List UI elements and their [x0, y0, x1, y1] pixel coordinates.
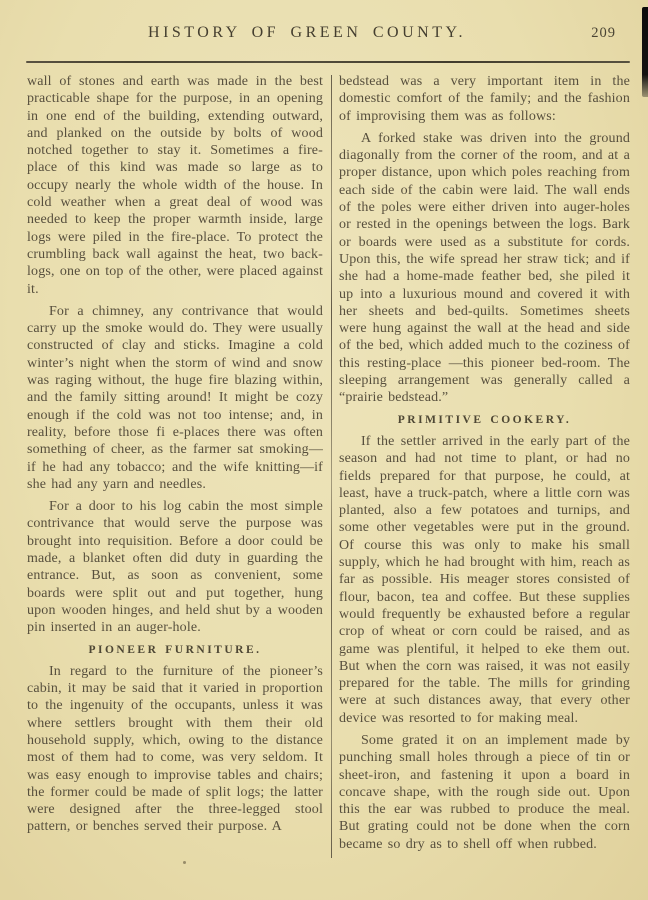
paragraph: In regard to the furniture of the pionee…: [27, 663, 323, 836]
section-heading-pioneer-furniture: PIONEER FURNITURE.: [27, 642, 323, 659]
page-header: HISTORY OF GREEN COUNTY. 209: [26, 24, 628, 48]
paragraph: For a chimney, any contrivance that woul…: [27, 303, 323, 493]
column-divider: [331, 75, 332, 858]
text-columns: wall of stones and earth was made in the…: [27, 73, 630, 858]
paragraph: For a door to his log cabin the most sim…: [27, 498, 323, 636]
section-heading-primitive-cookery: PRIMITIVE COOKERY.: [339, 412, 630, 429]
paragraph: If the settler arrived in the early part…: [339, 433, 630, 727]
left-column: wall of stones and earth was made in the…: [27, 73, 323, 858]
scan-artifact-bar: [642, 7, 648, 97]
ink-speck: [183, 861, 186, 864]
page-number: 209: [591, 25, 616, 42]
right-column: bedstead was a very important item in th…: [339, 73, 630, 858]
header-rule: [26, 61, 630, 63]
running-head: HISTORY OF GREEN COUNTY.: [26, 24, 588, 42]
paragraph: Some grated it on an implement made by p…: [339, 732, 630, 853]
paragraph: wall of stones and earth was made in the…: [27, 73, 323, 298]
paragraph: A forked stake was driven into the groun…: [339, 130, 630, 407]
paragraph: bedstead was a very important item in th…: [339, 73, 630, 125]
book-page: HISTORY OF GREEN COUNTY. 209 wall of sto…: [0, 0, 648, 900]
